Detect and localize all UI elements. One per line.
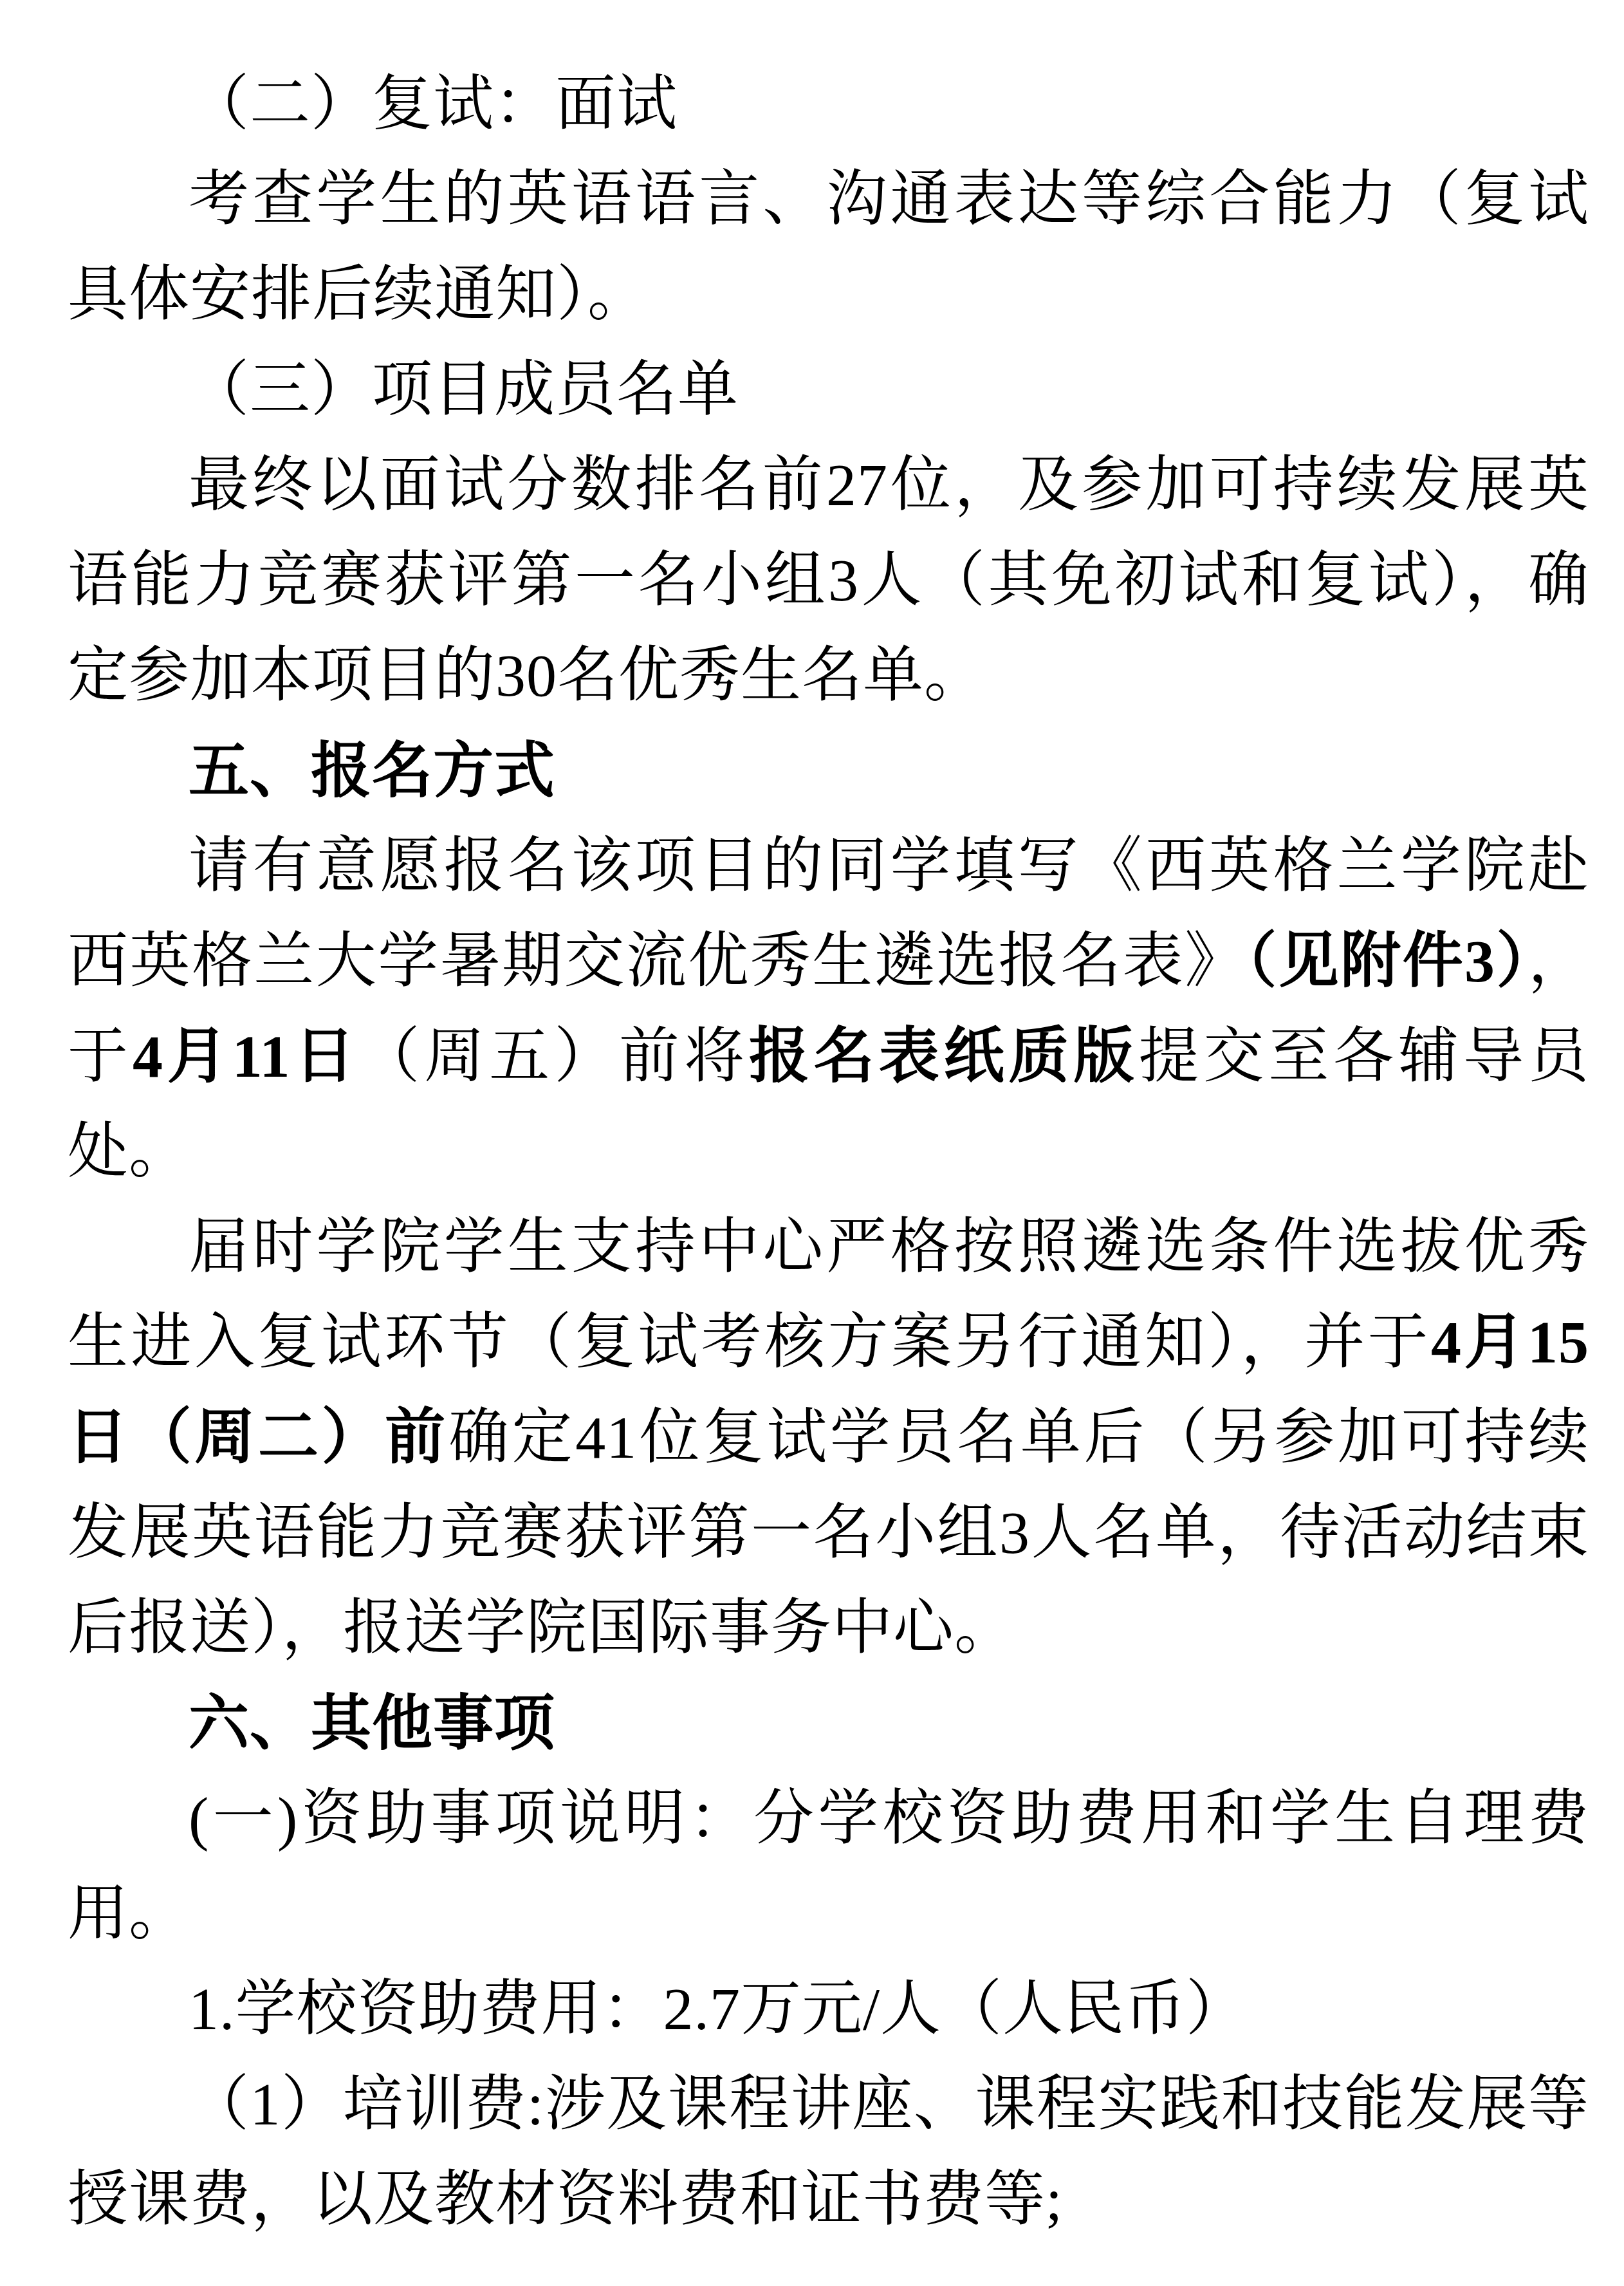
para-registration: 请有意愿报名该项目的同学填写《西英格兰学院赴西英格兰大学暑期交流优秀生遴选报名表… — [68, 819, 1589, 1200]
subheading-fushi: （二）复试：面试 — [68, 57, 1589, 152]
para-school-funding: 1.学校资助费用：2.7万元/人（人民币） — [68, 1962, 1589, 2057]
text-run: 1.学校资助费用：2.7万元/人（人民币） — [189, 1976, 1247, 2043]
text-run: （二）复试：面试 — [189, 71, 678, 138]
heading-other-matters: 六、其他事项 — [68, 1676, 1589, 1771]
text-run: 考查学生的英语语言、沟通表达等综合能力（复试具体安排后续通知）。 — [68, 166, 1589, 328]
text-run: 六、其他事项 — [189, 1689, 555, 1757]
text-run: (一)资助事项说明：分学校资助费用和学生自理费用。 — [68, 1785, 1589, 1947]
text-run: （1）培训费:涉及课程讲座、课程实践和技能发展等授课费，以及教材资料费和证书费等… — [68, 2071, 1589, 2233]
text-run: 报名表纸质版 — [749, 1023, 1139, 1090]
text-run: （见附件3） — [1246, 928, 1528, 995]
text-run: 五、报名方式 — [189, 737, 555, 804]
text-run: 4月11日 — [133, 1023, 360, 1090]
subheading-member-list: （三）项目成员名单 — [68, 342, 1589, 438]
text-run: （周五）前将 — [359, 1023, 749, 1090]
text-run: 最终以面试分数排名前27位，及参加可持续发展英语能力竞赛获评第一名小组3人（其免… — [68, 452, 1589, 709]
document-page: （二）复试：面试考查学生的英语语言、沟通表达等综合能力（复试具体安排后续通知）。… — [0, 0, 1624, 2286]
para-interview-scope: 考查学生的英语语言、沟通表达等综合能力（复试具体安排后续通知）。 — [68, 152, 1589, 342]
text-run: （三）项目成员名单 — [189, 357, 739, 423]
heading-registration-method: 五、报名方式 — [68, 723, 1589, 819]
para-shortlist-process: 届时学院学生支持中心严格按照遴选条件选拔优秀生进入复试环节（复试考核方案另行通知… — [68, 1200, 1589, 1676]
para-funding-overview: (一)资助事项说明：分学校资助费用和学生自理费用。 — [68, 1771, 1589, 1962]
para-training-fee: （1）培训费:涉及课程讲座、课程实践和技能发展等授课费，以及教材资料费和证书费等… — [68, 2057, 1589, 2247]
text-run: 届时学院学生支持中心严格按照遴选条件选拔优秀生进入复试环节（复试考核方案另行通知… — [68, 1214, 1589, 1376]
para-final-selection: 最终以面试分数排名前27位，及参加可持续发展英语能力竞赛获评第一名小组3人（其免… — [68, 438, 1589, 723]
